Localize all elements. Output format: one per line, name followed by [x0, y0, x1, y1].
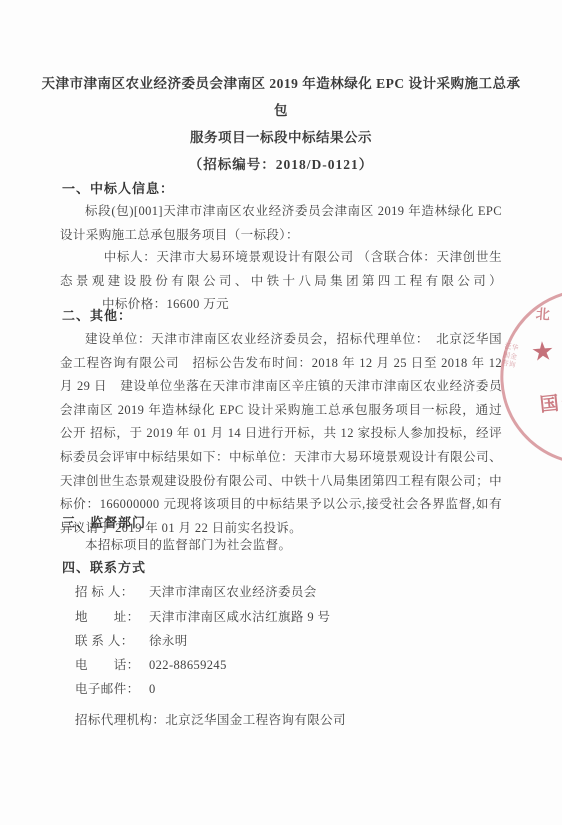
- contact-label: 地 址：: [75, 607, 149, 625]
- section1-heading: 一、中标人信息：: [62, 178, 174, 197]
- contact-row-tenderer: 招 标 人：天津市津南区农业经济委员会: [75, 582, 317, 600]
- contact-label: 电 话：: [75, 655, 149, 673]
- agency-line: 招标代理机构：北京泛华国金工程咨询有限公司: [75, 710, 346, 728]
- winner-text: 中标人：天津市大易环境景观设计有限公司 （含联合体：天津创世生态景观建设股份有限…: [60, 250, 502, 288]
- contact-value: 0: [149, 682, 156, 696]
- seal-star-icon: ★: [530, 336, 555, 368]
- contact-label: 招 标 人：: [75, 582, 149, 600]
- section4-heading: 四、联系方式: [62, 557, 146, 576]
- seal-top-character: 北: [535, 304, 550, 325]
- scanned-document-page: 天津市津南区农业经济委员会津南区 2019 年造林绿化 EPC 设计采购施工总承…: [0, 0, 562, 825]
- contact-label: 电子邮件：: [75, 679, 149, 697]
- section1-lot-paragraph: 标段(包)[001]天津市津南区农业经济委员会津南区 2019 年造林绿化 EP…: [60, 200, 502, 247]
- contact-value: 天津市津南区咸水沽红旗路 9 号: [149, 610, 330, 624]
- contact-label: 联 系 人：: [75, 631, 149, 649]
- contact-row-phone: 电 话：022-88659245: [75, 655, 227, 673]
- contact-row-person: 联 系 人：徐永明: [75, 631, 188, 649]
- seal-arc-text: 泛华国金咨询: [501, 342, 519, 370]
- contact-value: 徐永明: [149, 634, 188, 648]
- title-line-2: 服务项目一标段中标结果公示: [40, 124, 522, 151]
- title-line-1: 天津市津南区农业经济委员会津南区 2019 年造林绿化 EPC 设计采购施工总承…: [40, 70, 522, 124]
- section2-heading: 二、其他：: [62, 305, 132, 324]
- contact-value: 022-88659245: [149, 658, 227, 672]
- seal-center-characters: 国金: [538, 386, 562, 417]
- contact-row-email: 电子邮件：0: [75, 679, 156, 697]
- section2-paragraph: 建设单位：天津市津南区农业经济委员会，招标代理单位： 北京泛华国金工程咨询有限公…: [60, 328, 502, 540]
- section3-heading: 三、监督部门: [62, 512, 146, 531]
- section3-paragraph: 本招标项目的监督部门为社会监督。: [60, 534, 502, 558]
- contact-row-address: 地 址：天津市津南区咸水沽红旗路 9 号: [75, 607, 330, 625]
- tender-number: （招标编号：2018/D-0121）: [40, 151, 522, 178]
- contact-value: 天津市津南区农业经济委员会: [149, 585, 317, 599]
- document-title: 天津市津南区农业经济委员会津南区 2019 年造林绿化 EPC 设计采购施工总承…: [40, 70, 522, 178]
